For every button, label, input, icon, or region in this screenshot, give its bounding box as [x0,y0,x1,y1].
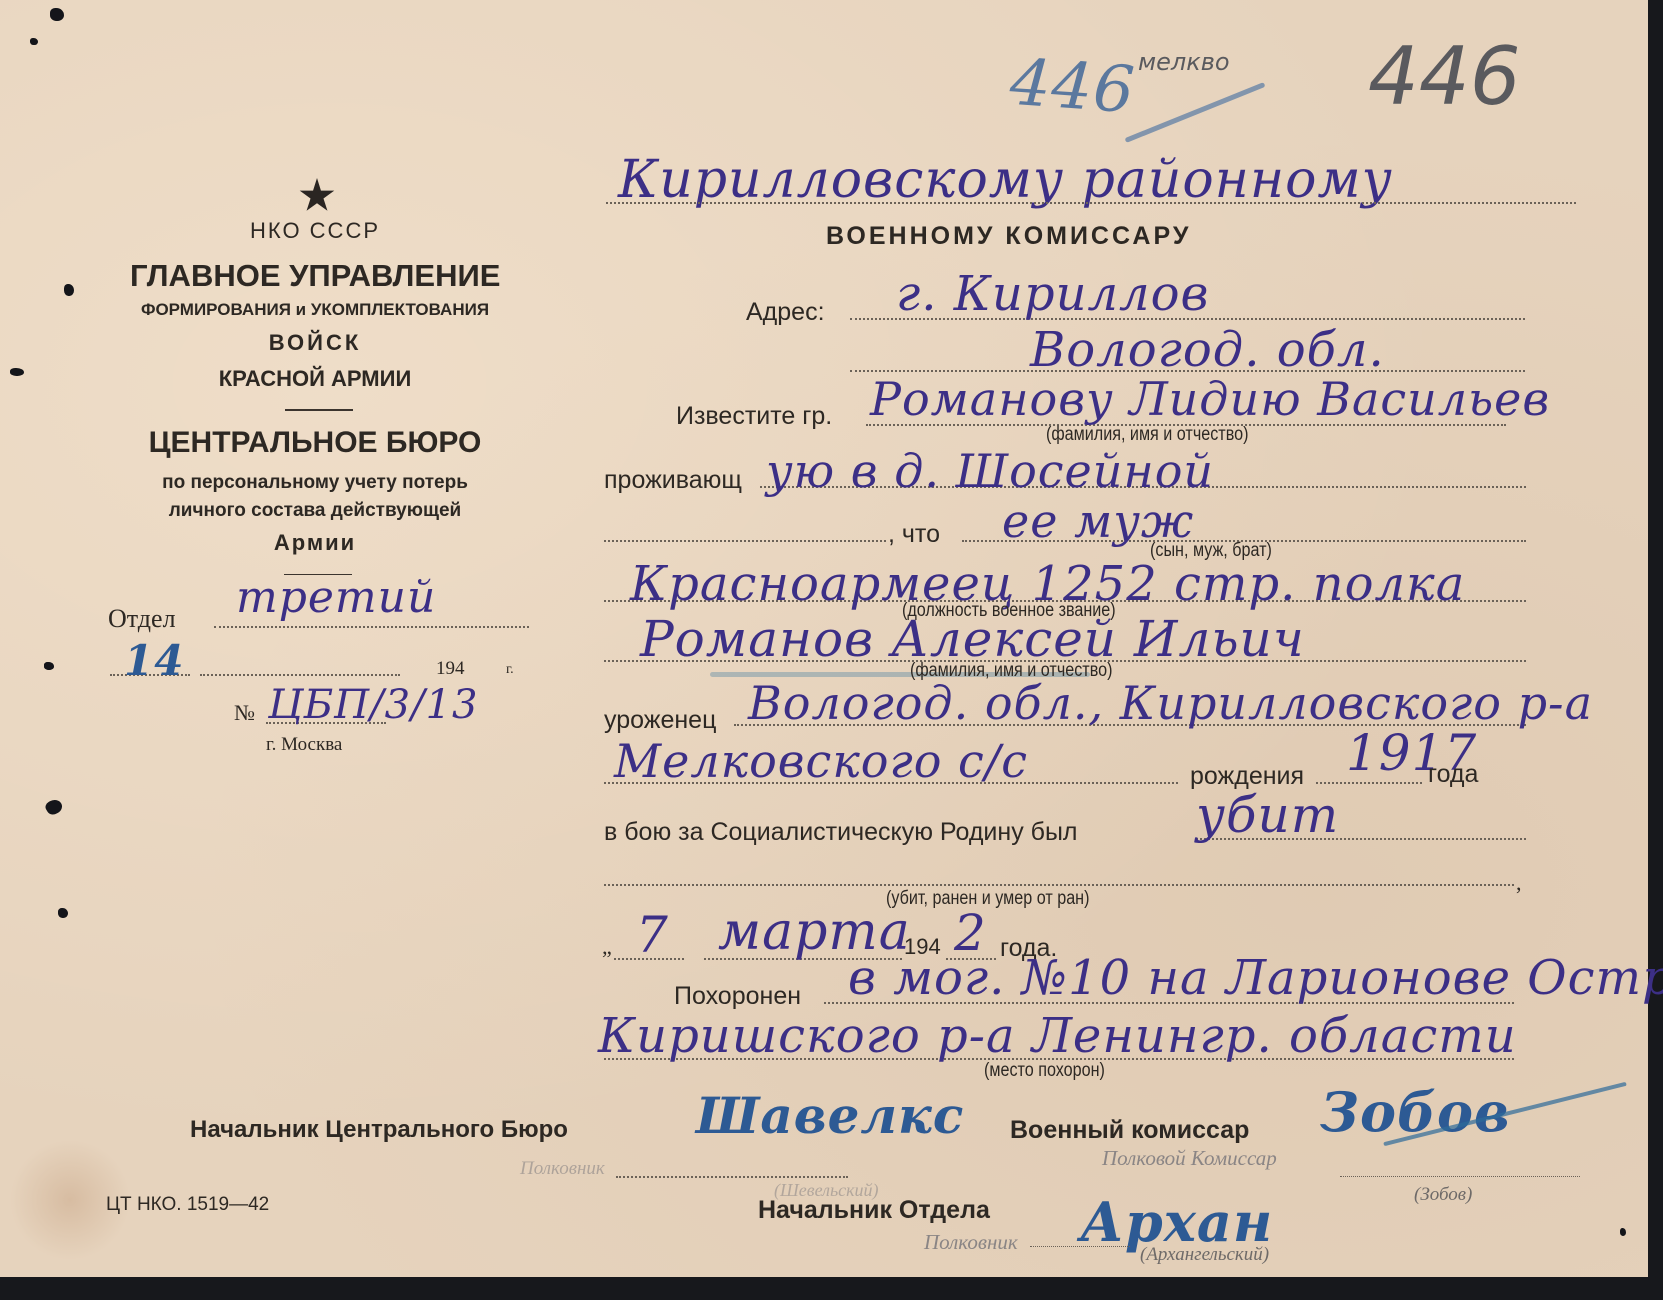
dept-chief-label: Начальник Отдела [758,1196,990,1225]
star-icon [299,178,335,214]
archive-number-blue: 446 [1008,46,1138,129]
dept-line [214,626,529,628]
date-open-quote: „ [602,934,612,960]
commissar-name: (Зобов) [1414,1184,1472,1206]
buried-value-1: в мог. №10 на Ларионове Остр [848,950,1663,1006]
date-year-prefix: 194 [436,658,465,680]
battle-label: в бою за Социалистическую Родину был [604,818,1078,847]
bureau-line-2: личного состава действующей [140,500,490,522]
ink-spot [10,368,24,376]
birth-suffix: года [1428,760,1478,789]
address-value-1: г. Кириллов [896,266,1209,322]
bureau-title: ЦЕНТРАЛЬНОЕ БЮРО [130,426,500,460]
ink-spot [30,38,38,45]
native-label: уроженец [604,706,716,735]
dept-chief-sign-line [1030,1246,1130,1247]
date-day: 14 [124,636,184,685]
dept-label: Отдел [108,604,176,634]
notify-label: Известите гр. [676,402,832,431]
buried-caption: (место похорон) [984,1060,1105,1082]
ink-spot [44,797,65,817]
chief-bureau-rank: Полковник [520,1158,605,1180]
commissar-label: Военный комиссар [1010,1116,1249,1145]
death-day: 7 [636,906,669,964]
blue-pencil-stroke [1125,82,1266,143]
archive-number-pencil: 446 [1368,30,1521,123]
dept-chief-name: (Архангельский) [1140,1244,1269,1266]
city: г. Москва [266,734,342,756]
dept-chief-rank: Полковник [924,1230,1018,1255]
chief-bureau-sign-line [616,1176,848,1178]
bureau-line-1: по персональному учету потерь [140,472,490,494]
divider [285,409,353,411]
address-label: Адрес: [746,298,825,327]
org-red-army: КРАСНОЙ АРМИИ [160,366,470,392]
recipient-line [606,202,1576,204]
chief-bureau-label: Начальник Центрального Бюро [190,1116,568,1144]
bureau-line-3: Армии [160,530,470,556]
number-value: ЦБП/3/13 [268,682,478,728]
notify-caption: (фамилия, имя и отчество) [1046,424,1248,446]
archive-note-pencil: мелкво [1138,48,1230,76]
native-value-1: Вологод. обл., Кирилловского р-а [748,676,1593,730]
form-code: ЦТ НКО. 1519—42 [106,1194,269,1216]
native-value-2: Мелковского с/с [614,734,1028,788]
ink-spot [64,284,74,296]
org-troops: ВОЙСК [160,330,470,356]
org-main-directorate: ГЛАВНОЕ УПРАВЛЕНИЕ [130,258,500,294]
ink-spot [1620,1228,1626,1236]
date-month-line [200,674,400,676]
comma: , [1516,870,1522,896]
number-label: № [234,700,255,726]
battle-status: убит [1196,786,1339,844]
recipient-title: ВОЕННОМУ КОМИССАРУ [826,222,1191,251]
birth-year-line [1316,782,1422,784]
ink-spot [44,662,54,670]
battle-caption: (убит, ранен и умер от ран) [886,888,1089,910]
residing-label: проживающ [604,466,742,495]
address-value-2: Вологод. обл. [1030,322,1385,378]
org-nko: НКО СССР [160,218,470,244]
dept-value: третий [236,572,436,623]
residing-line-2 [604,540,886,542]
buried-label: Похоронен [674,982,801,1011]
commissar-rank: Полковой Комиссар [1102,1146,1277,1171]
buried-value-2: Киришского р-а Ленингр. области [598,1008,1517,1064]
commissar-sign-line [1340,1176,1580,1177]
that-label: , что [888,520,940,549]
ink-spot [58,908,68,918]
notification-form: 446 мелкво 446 НКО СССР ГЛАВНОЕ УПРАВЛЕН… [0,0,1648,1277]
residing-value: ую в д. Шосейной [766,444,1214,498]
notify-value: Романову Лидию Васильев [870,372,1550,426]
chief-bureau-signature: Шавелкс [696,1086,964,1145]
ink-spot [50,8,64,21]
battle-line-2 [604,884,1514,886]
org-formation: ФОРМИРОВАНИЯ и УКОМПЛЕКТОВАНИЯ [140,300,490,320]
date-suffix: г. [506,662,514,678]
recipient-handwritten: Кирилловскому районному [618,150,1393,210]
